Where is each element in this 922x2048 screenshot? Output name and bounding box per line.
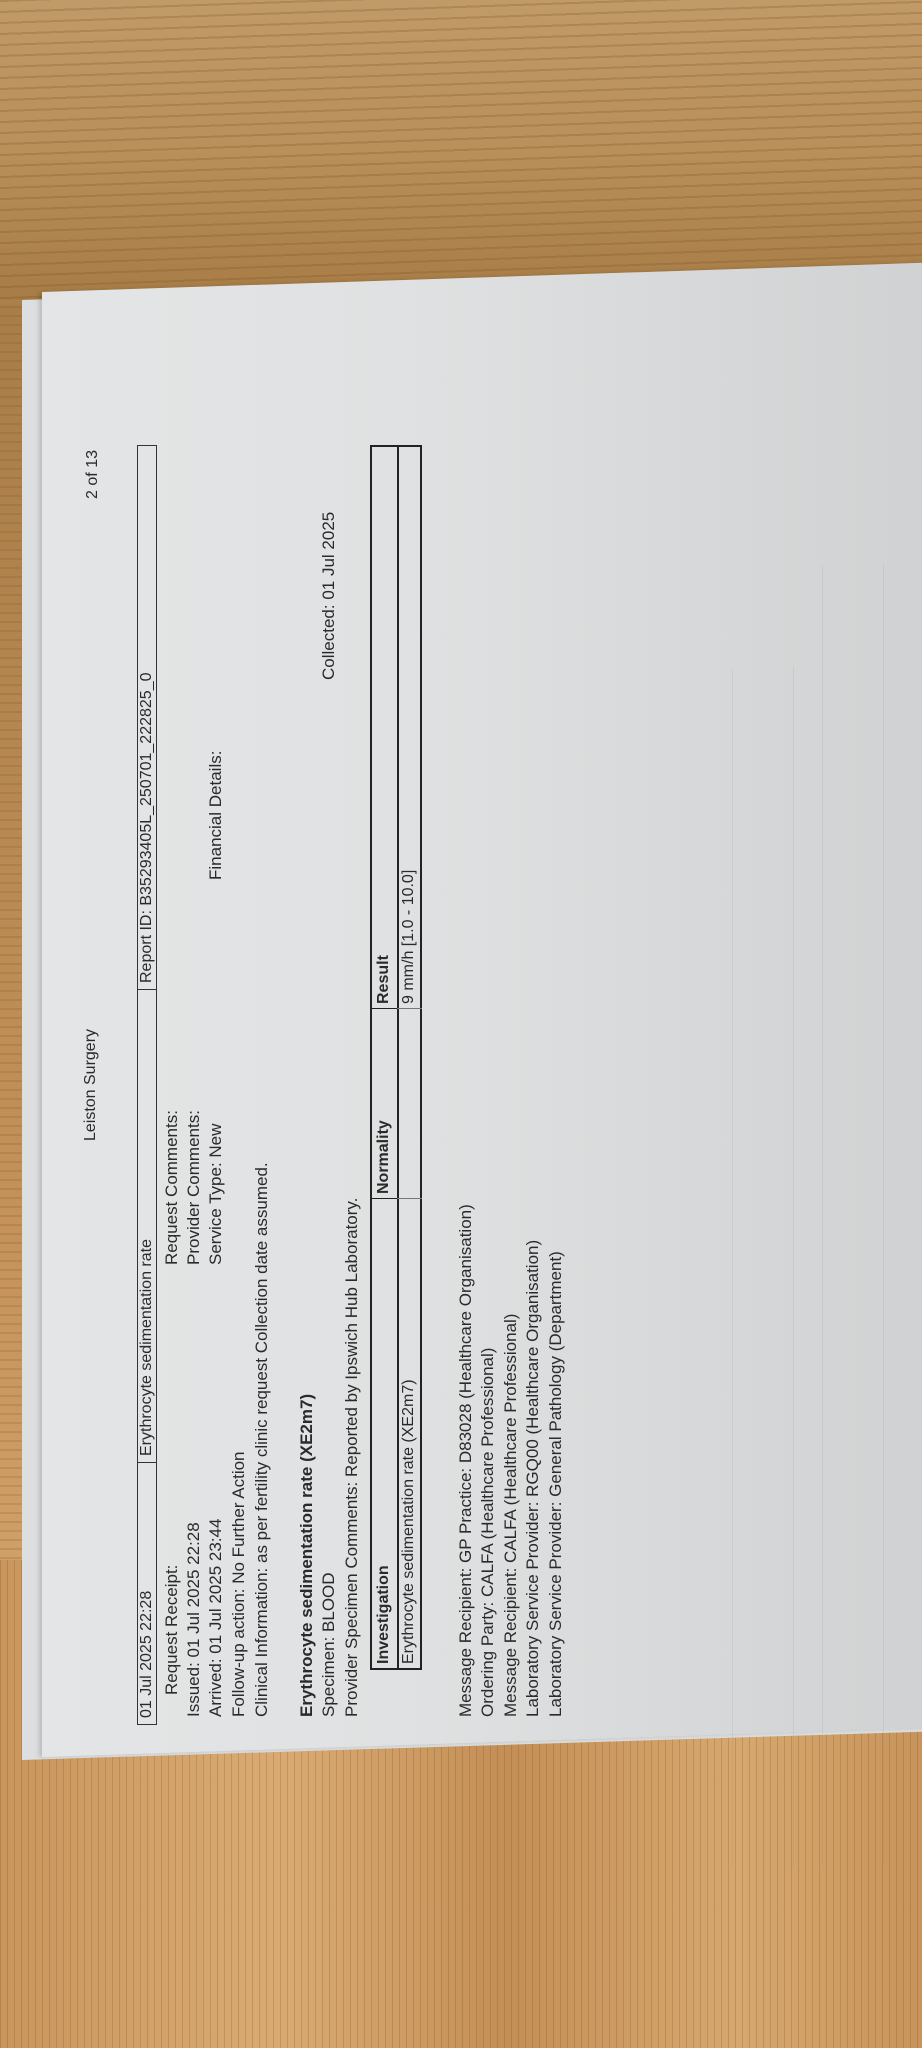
- follow-up-action: Follow-up action: No Further Action: [229, 1451, 249, 1717]
- lab-report-document: Leiston Surgery 2 of 13 01 Jul 2025 22:2…: [70, 435, 590, 1725]
- recipient-line: Message Recipient: CALFA (Healthcare Pro…: [501, 1314, 521, 1717]
- request-receipt-label: Request Receipt:: [162, 1565, 182, 1695]
- provider-comments: Provider Comments:: [184, 1110, 204, 1265]
- specimen-type: Specimen: BLOOD: [319, 1572, 339, 1717]
- clinical-information: Clinical Information: as per fertility c…: [252, 1162, 272, 1717]
- column-header-investigation: Investigation: [372, 1198, 397, 1668]
- collected-date: Collected: 01 Jul 2025: [319, 512, 339, 680]
- recipient-line: Ordering Party: CALFA (Healthcare Profes…: [478, 1348, 498, 1717]
- column-header-normality: Normality: [372, 1008, 397, 1198]
- results-table-header: Investigation Normality Result: [372, 447, 399, 1668]
- request-comments: Request Comments:: [162, 1110, 182, 1265]
- financial-details: Financial Details:: [206, 751, 226, 880]
- report-date: 01 Jul 2025 22:28: [138, 1462, 156, 1724]
- specimen-title: Erythrocyte sedimentation rate (XE2m7): [297, 1394, 317, 1717]
- results-table: Investigation Normality Result Erythrocy…: [370, 445, 422, 1670]
- bleed-through-lines: [822, 564, 884, 1866]
- provider-specimen-comments: Provider Specimen Comments: Reported by …: [342, 1198, 362, 1717]
- table-row: Erythrocyte sedimentation rate (XE2m7) 9…: [397, 447, 422, 1668]
- report-id: Report ID: B35293405L_250701_222825_0: [138, 444, 156, 989]
- cell-normality: [397, 1008, 422, 1198]
- recipient-line: Message Recipient: GP Practice: D83028 (…: [456, 1204, 476, 1717]
- column-header-result: Result: [372, 443, 397, 1008]
- cell-result: 9 mm/h [1.0 - 10.0]: [397, 443, 422, 1008]
- recipient-line: Laboratory Service Provider: General Pat…: [546, 1251, 566, 1717]
- bleed-through-lines: [732, 667, 794, 1869]
- recipient-line: Laboratory Service Provider: RGQ00 (Heal…: [523, 1240, 543, 1717]
- cell-investigation: Erythrocyte sedimentation rate (XE2m7): [397, 1198, 422, 1668]
- arrived-date: Arrived: 01 Jul 2025 23:44: [206, 1519, 226, 1717]
- report-header-row: 01 Jul 2025 22:28 Erythrocyte sedimentat…: [137, 445, 157, 1725]
- practice-name: Leiston Surgery: [82, 445, 100, 1725]
- service-type: Service Type: New: [206, 1124, 226, 1265]
- issued-date: Issued: 01 Jul 2025 22:28: [184, 1522, 204, 1717]
- wood-table-top: [0, 0, 922, 300]
- page-indicator: 2 of 13: [84, 450, 102, 575]
- report-test-name: Erythrocyte sedimentation rate: [138, 989, 156, 1462]
